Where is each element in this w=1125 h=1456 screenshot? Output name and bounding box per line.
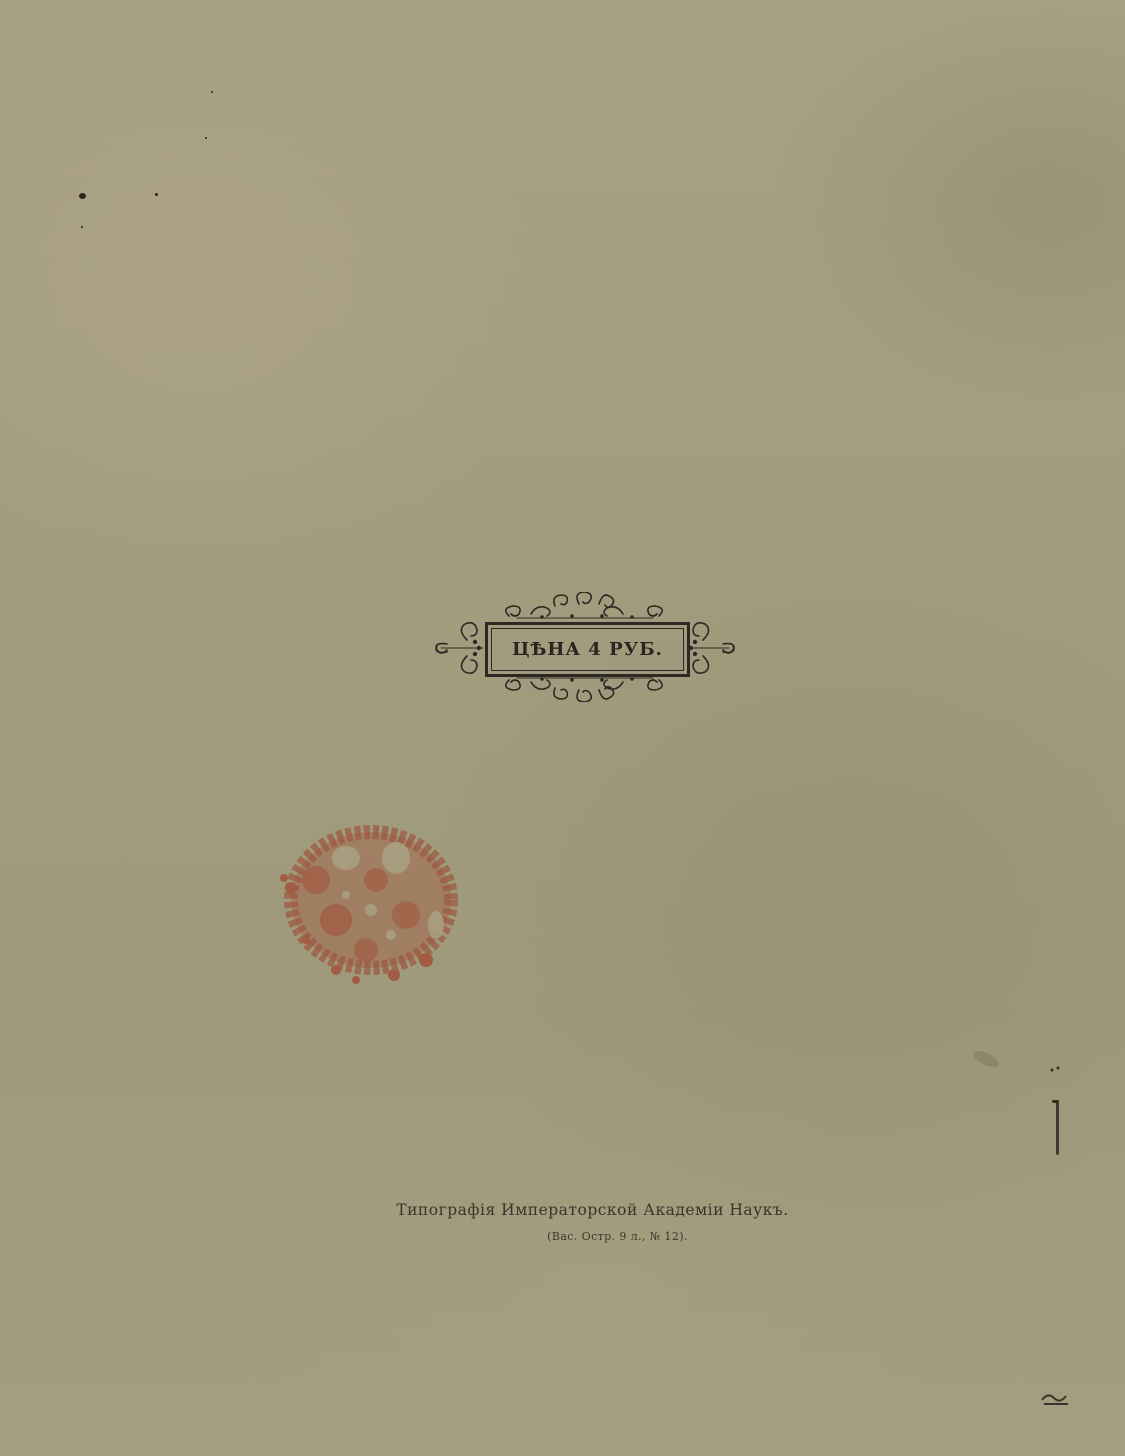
ink-speck <box>205 137 207 139</box>
price-cartouche: ЦѢНА 4 РУБ. <box>427 592 743 702</box>
pencil-mark-icon <box>1040 1060 1070 1160</box>
ink-speck <box>79 193 86 199</box>
stamp-ink-icon <box>276 820 466 990</box>
price-label: ЦѢНА 4 РУБ. <box>488 639 687 660</box>
library-stamp <box>276 820 466 990</box>
printer-address: (Вас. Остр. 9 л., № 12). <box>0 1230 1125 1243</box>
printer-imprint: Типографія Императорской Академіи Наукъ. <box>0 1201 1125 1219</box>
ink-speck <box>81 226 83 228</box>
back-cover-page: ЦѢНА 4 РУБ. <box>0 0 1125 1456</box>
price-frame: ЦѢНА 4 РУБ. <box>485 622 690 677</box>
smudge-icon <box>968 1045 1008 1075</box>
ink-speck <box>155 193 158 196</box>
scribble-mark-icon <box>1038 1390 1078 1410</box>
ink-speck <box>211 91 213 93</box>
